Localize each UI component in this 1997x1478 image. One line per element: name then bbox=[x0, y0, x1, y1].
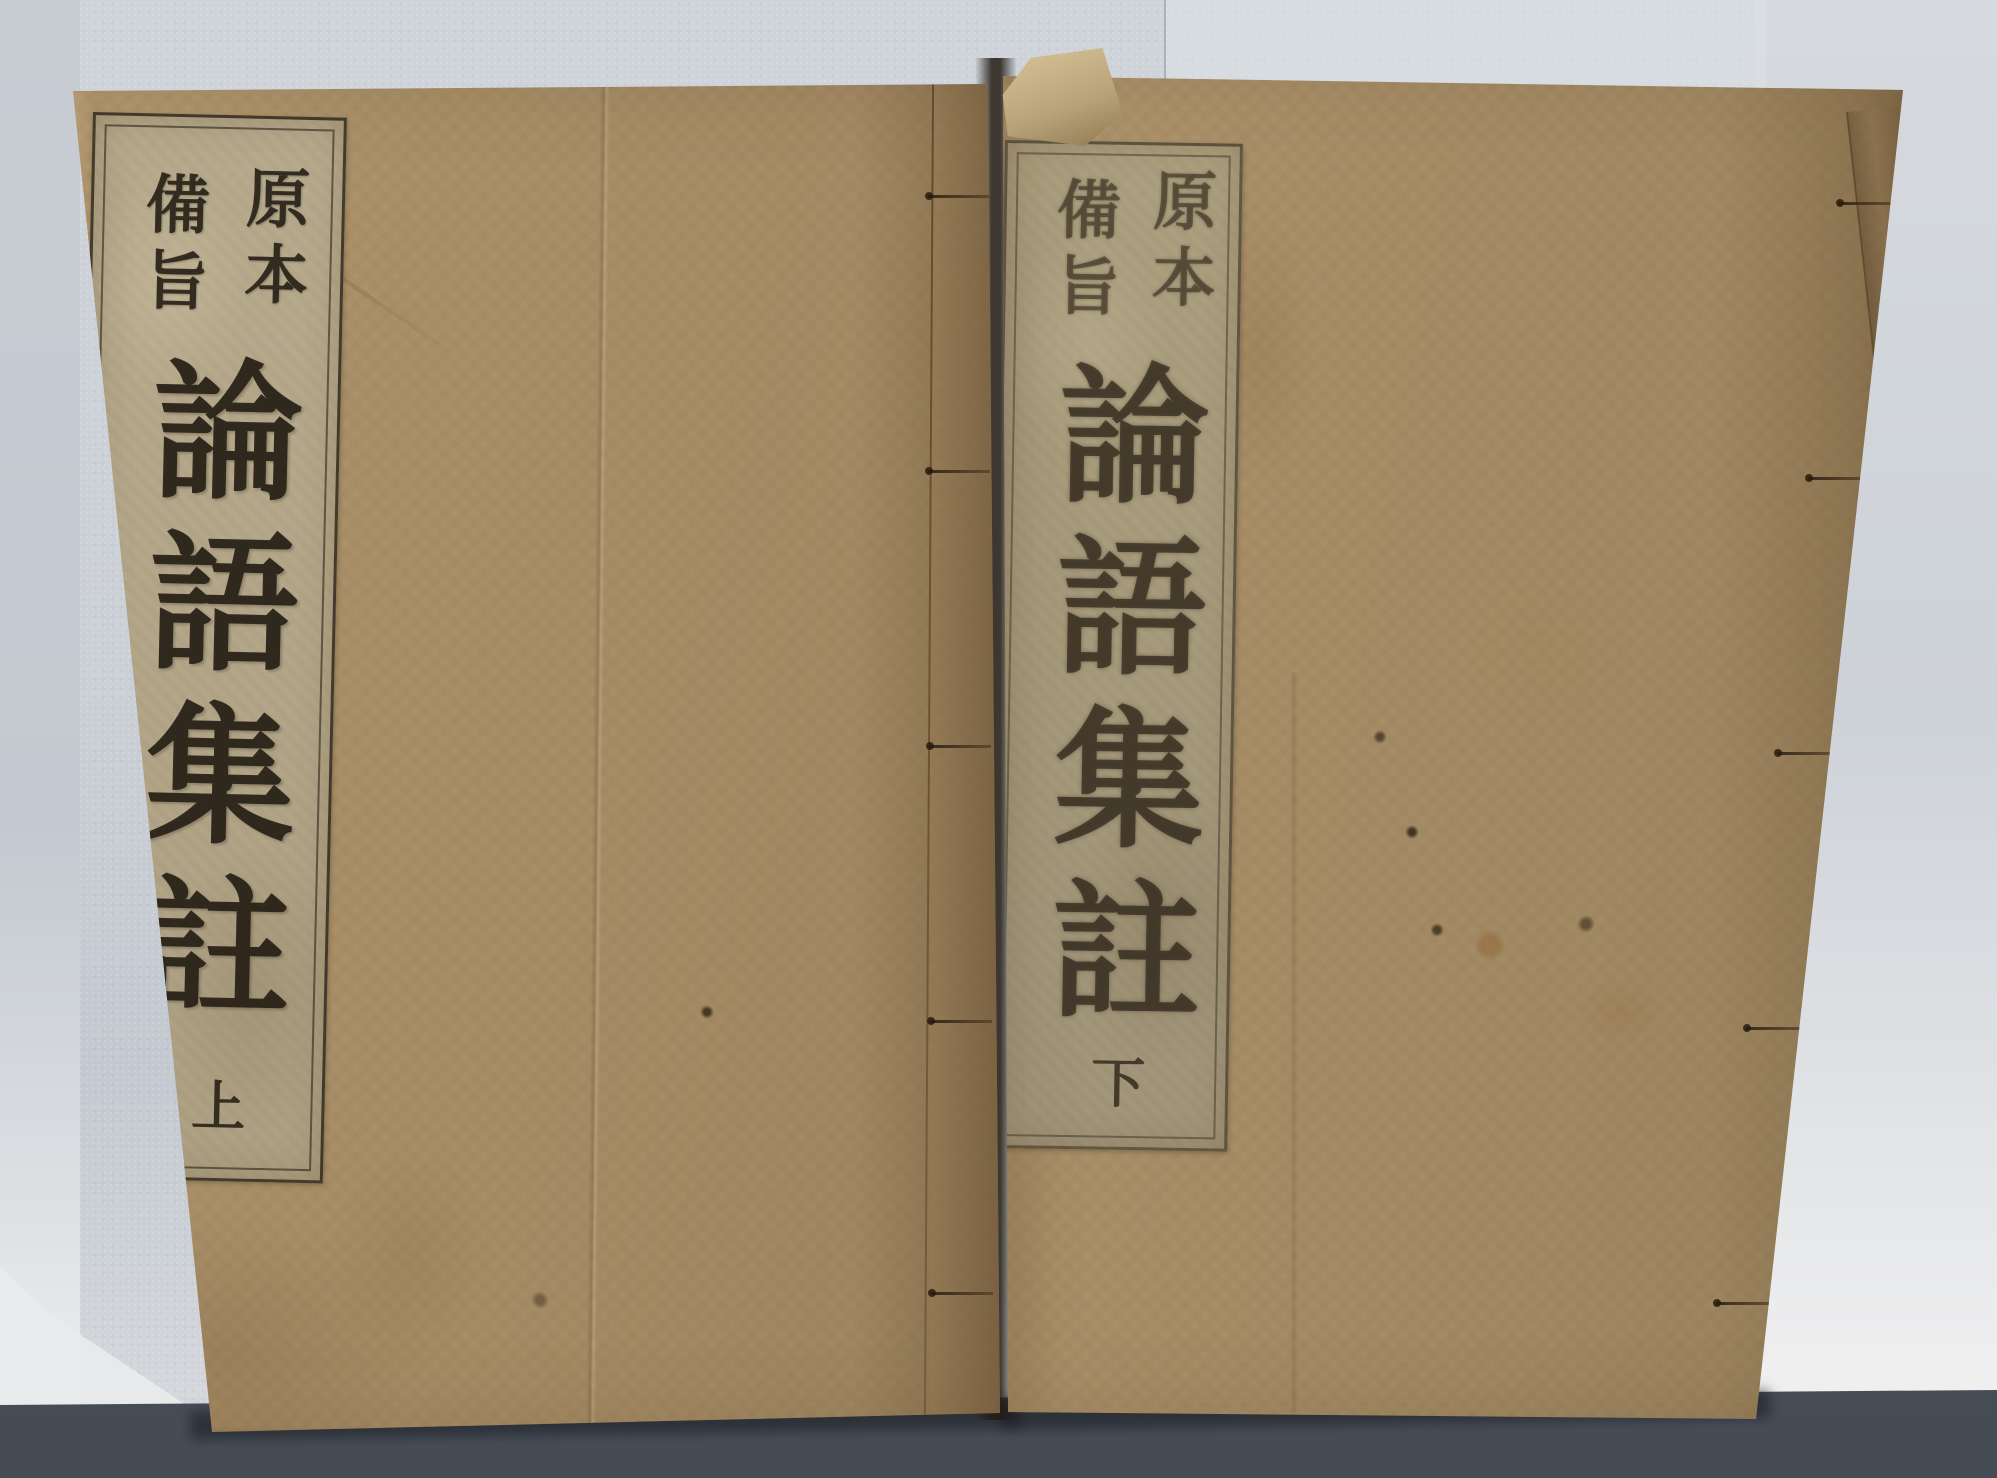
volume-mark: 上 bbox=[191, 1079, 246, 1134]
volume-mark: 下 bbox=[1091, 1056, 1146, 1111]
label-series-right-column: 原本 bbox=[1145, 167, 1211, 320]
title-label: 原本 備旨 論語集註 下 bbox=[989, 140, 1243, 1152]
label-series-left-column: 備旨 bbox=[137, 170, 204, 323]
book-volume-2: 原本 備旨 論語集註 下 bbox=[990, 52, 1915, 1432]
label-title-text: 論語集註 bbox=[1035, 356, 1196, 1046]
stitch-thread bbox=[1777, 752, 1831, 755]
wall-seam-line bbox=[1164, 0, 1166, 88]
stitch-thread bbox=[1808, 477, 1862, 480]
stitch-thread bbox=[928, 195, 990, 198]
stitch-thread bbox=[1839, 202, 1893, 205]
stitch-thread bbox=[930, 1020, 992, 1023]
photo-scene: 原本 備旨 論語集註 上 原本 備旨 論語集註 下 bbox=[0, 0, 1997, 1478]
spine-margin bbox=[930, 84, 1000, 1416]
stitch-thread bbox=[931, 1292, 993, 1295]
stitch-thread bbox=[929, 745, 991, 748]
label-series-left-column: 備旨 bbox=[1049, 176, 1115, 329]
wall-top-highlight bbox=[1166, 0, 1766, 88]
stitch-thread bbox=[1746, 1027, 1800, 1030]
stitch-thread bbox=[928, 470, 990, 473]
wall-left-band bbox=[0, 0, 80, 1428]
cover-crease bbox=[1290, 672, 1298, 1412]
cover-crease bbox=[586, 68, 610, 1440]
label-series-right-column: 原本 bbox=[237, 164, 304, 317]
stitch-thread bbox=[1716, 1302, 1770, 1305]
